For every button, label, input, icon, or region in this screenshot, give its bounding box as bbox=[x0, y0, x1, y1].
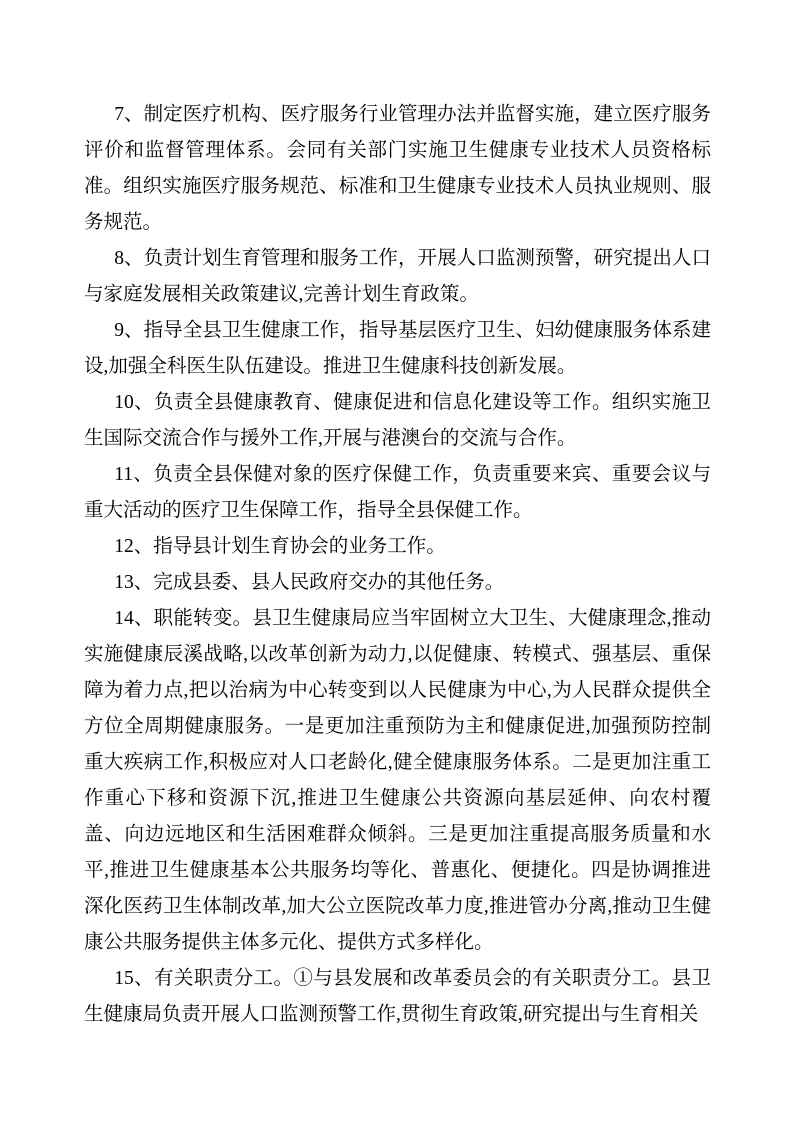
paragraph-item-12: 12、指导县计划生育协会的业务工作。 bbox=[84, 529, 711, 565]
paragraph-item-15: 15、有关职责分工。①与县发展和改革委员会的有关职责分工。县卫生健康局负责开展人… bbox=[84, 961, 711, 1033]
paragraph-item-7: 7、制定医疗机构、医疗服务行业管理办法并监督实施，建立医疗服务评价和监督管理体系… bbox=[84, 97, 711, 241]
paragraph-item-14: 14、职能转变。县卫生健康局应当牢固树立大卫生、大健康理念,推动实施健康辰溪战略… bbox=[84, 601, 711, 961]
document-text-body: 7、制定医疗机构、医疗服务行业管理办法并监督实施，建立医疗服务评价和监督管理体系… bbox=[84, 97, 711, 1033]
paragraph-item-9: 9、指导全县卫生健康工作，指导基层医疗卫生、妇幼健康服务体系建设,加强全科医生队… bbox=[84, 313, 711, 385]
paragraph-item-11: 11、负责全县保健对象的医疗保健工作，负责重要来宾、重要会议与重大活动的医疗卫生… bbox=[84, 457, 711, 529]
paragraph-item-10: 10、负责全县健康教育、健康促进和信息化建设等工作。组织实施卫生国际交流合作与援… bbox=[84, 385, 711, 457]
paragraph-item-8: 8、负责计划生育管理和服务工作，开展人口监测预警，研究提出人口与家庭发展相关政策… bbox=[84, 241, 711, 313]
paragraph-item-13: 13、完成县委、县人民政府交办的其他任务。 bbox=[84, 565, 711, 601]
document-page: 7、制定医疗机构、医疗服务行业管理办法并监督实施，建立医疗服务评价和监督管理体系… bbox=[0, 0, 793, 1122]
